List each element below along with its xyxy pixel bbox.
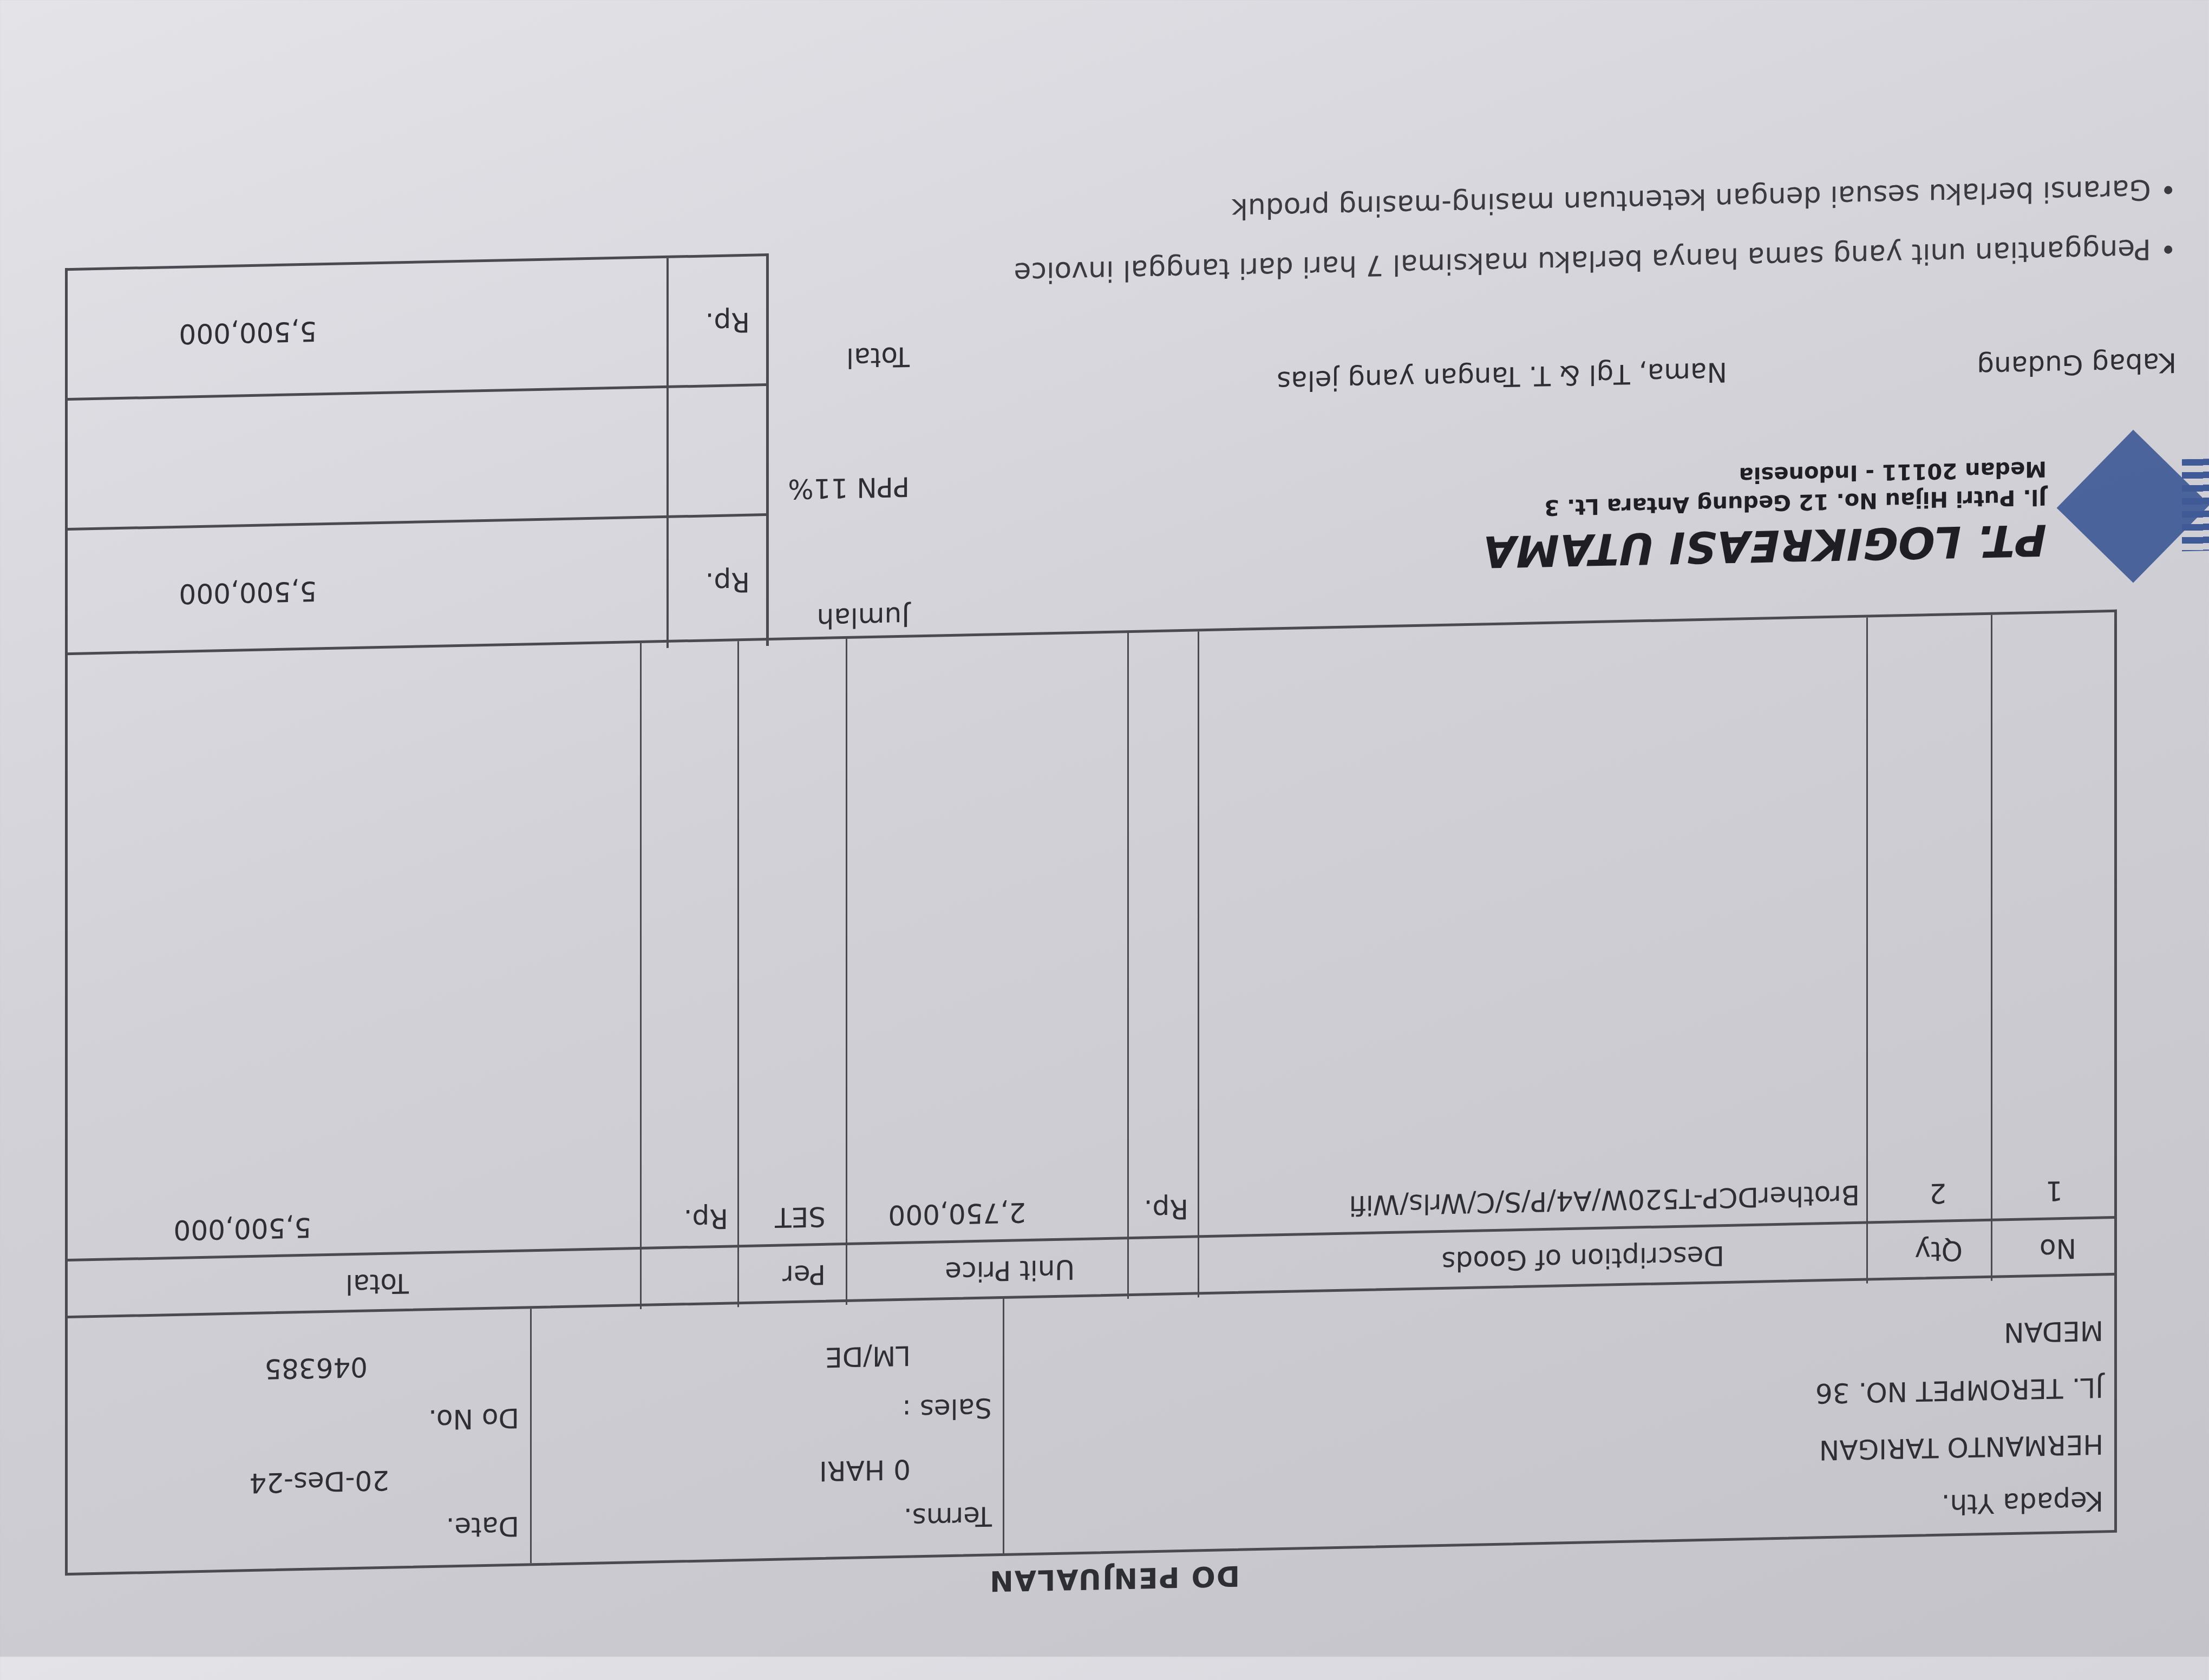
col-header-description: Description of Goods xyxy=(1442,1240,1724,1277)
summary-box: Rp. 5,500,000 Rp. 5,500,000 xyxy=(65,253,769,661)
total-value: 5,500,000 xyxy=(179,315,317,349)
row-qty: 2 xyxy=(1929,1177,1946,1209)
row-unit-price-currency: Rp. xyxy=(1144,1193,1188,1226)
note-replacement: • Penggantian unit yang sama hanya berla… xyxy=(1014,232,2177,289)
total-currency: Rp. xyxy=(705,306,750,339)
summary-row-total: Rp. 5,500,000 xyxy=(68,256,766,401)
date-label: Date. xyxy=(446,1511,519,1544)
terms-section: Terms. 0 HARI Sales : LM/DE xyxy=(530,1299,1003,1563)
ppn-label: PPN 11% xyxy=(788,471,910,505)
summary-row-ppn xyxy=(68,383,766,531)
row-total-currency: Rp. xyxy=(684,1203,728,1236)
col-header-total: Total xyxy=(345,1267,409,1300)
row-unit-price: 2,750,000 xyxy=(888,1197,1026,1231)
summary-row-jumlah: Rp. 5,500,000 xyxy=(68,513,766,661)
col-header-qty: Qty xyxy=(1914,1235,1963,1267)
customer-name: HERMANTO TARIGAN xyxy=(1819,1428,2103,1466)
company-logo-lines-icon xyxy=(2182,459,2209,551)
customer-city: MEDAN xyxy=(2004,1315,2103,1348)
col-header-unit-price: Unit Price xyxy=(945,1253,1075,1287)
customer-section: Kepada Yth. HERMANTO TARIGAN JL. TEROMPE… xyxy=(1003,1276,2114,1553)
col-header-per: Per xyxy=(782,1259,826,1291)
date-section: Date. 20-Des-24 Do No. 046385 xyxy=(68,1309,530,1573)
sales-label: Sales : xyxy=(902,1392,992,1425)
terms-label: Terms. xyxy=(904,1500,992,1533)
terms-value: 0 HARI xyxy=(819,1453,911,1487)
customer-address: JL. TEROMPET NO. 36 xyxy=(1815,1371,2103,1409)
total-label: Total xyxy=(846,341,910,374)
jumlah-currency: Rp. xyxy=(705,566,750,599)
note-warranty: • Garansi berlaku sesuai dengan ketentua… xyxy=(1232,173,2177,225)
customer-label: Kepada Yth. xyxy=(1942,1485,2103,1520)
company-name: PT. LOGIKREASI UTAMA xyxy=(1482,515,2047,577)
row-per: SET xyxy=(775,1201,826,1233)
do-number-value: 046385 xyxy=(264,1351,368,1385)
col-header-no: No xyxy=(2040,1232,2076,1264)
date-value: 20-Des-24 xyxy=(249,1465,389,1499)
do-number-label: Do No. xyxy=(428,1402,519,1436)
signature-warehouse-head: Kabag Gudang xyxy=(1977,347,2177,383)
jumlah-value: 5,500,000 xyxy=(179,575,317,609)
jumlah-label: Jumlah xyxy=(817,601,910,635)
items-table: No Qty Description of Goods Unit Price P… xyxy=(65,610,2117,1321)
row-total: 5,500,000 xyxy=(174,1212,311,1246)
company-address: Jl. Putri Hijau No. 12 Gedung Antara Lt.… xyxy=(1544,455,2047,521)
sales-value: LM/DE xyxy=(825,1339,911,1372)
delivery-order-sheet: DO PENJUALAN Kepada Yth. HERMANTO TARIGA… xyxy=(0,0,2209,1657)
header-block: Kepada Yth. HERMANTO TARIGAN JL. TEROMPE… xyxy=(65,1273,2117,1576)
row-description: BrotherDCP-T520W/A4/P/S/C/Wrls/Wifi xyxy=(1349,1179,1860,1221)
document-title: DO PENJUALAN xyxy=(989,1559,1240,1597)
signature-recipient: Nama, Tgl & T. Tangan yang jelas xyxy=(1277,356,1727,397)
row-no: 1 xyxy=(2045,1175,2063,1207)
